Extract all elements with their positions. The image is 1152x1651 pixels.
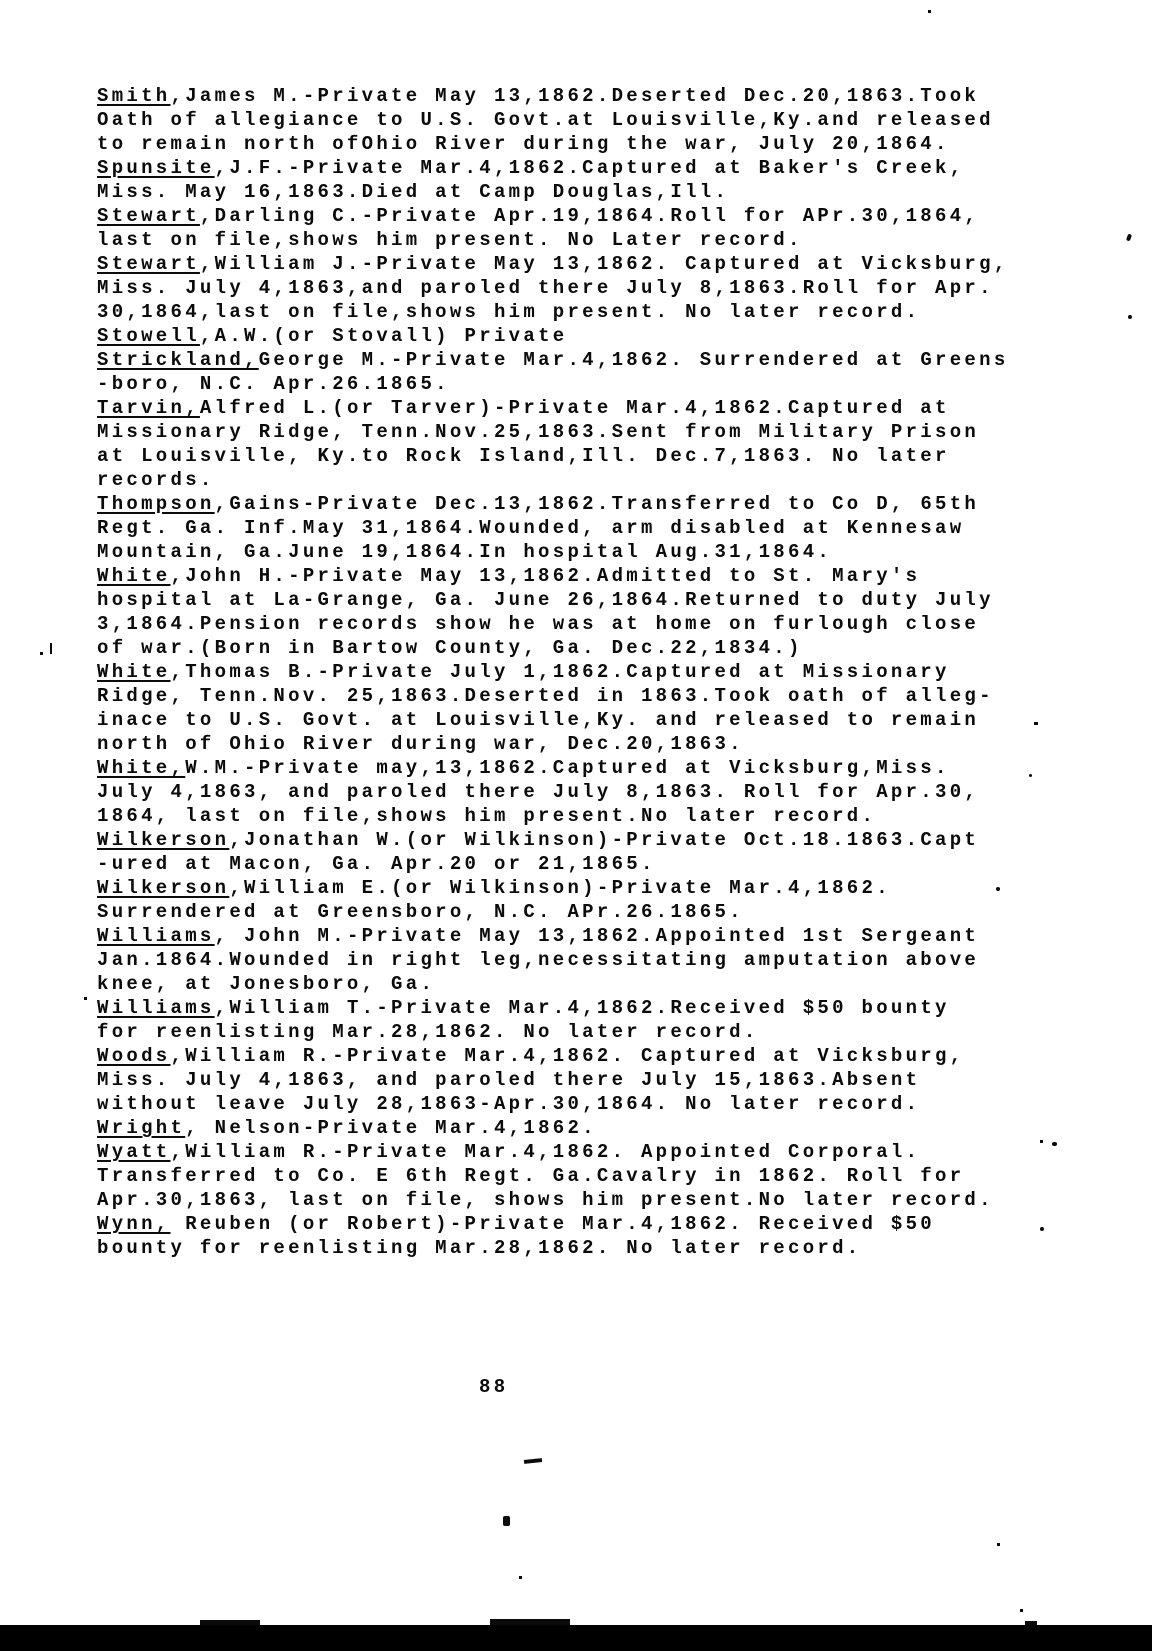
record-line: White,Thomas B.-Private July 1,1862.Capt… [97, 660, 1009, 684]
record-line: Stewart,Darling C.-Private Apr.19,1864.R… [97, 204, 1009, 228]
scan-speck [1040, 1140, 1043, 1143]
record-line: north of Ohio River during war, Dec.20,1… [97, 732, 1009, 756]
record-line: -boro, N.C. Apr.26.1865. [97, 372, 1009, 396]
record-line: Woods,William R.-Private Mar.4,1862. Cap… [97, 1044, 1009, 1068]
record-text: George M.-Private Mar.4,1862. Surrendere… [259, 349, 1009, 371]
record-text: ,William J.-Private May 13,1862. Capture… [200, 253, 1009, 275]
surname-underlined: Stewart [97, 253, 200, 275]
surname-underlined: White [97, 661, 171, 683]
record-text: -boro, N.C. Apr.26.1865. [97, 373, 450, 395]
record-text: north of Ohio River during war, Dec.20,1… [97, 733, 744, 755]
surname-underlined: Woods [97, 1045, 171, 1067]
record-text: , Nelson-Private Mar.4,1862. [185, 1117, 597, 1139]
record-line: Mountain, Ga.June 19,1864.In hospital Au… [97, 540, 1009, 564]
page-number: 88 [479, 1376, 508, 1398]
record-text: Apr.30,1863, last on file, shows him pre… [97, 1189, 994, 1211]
surname-underlined: Wynn, [97, 1213, 171, 1235]
record-text: last on file,shows him present. No Later… [97, 229, 803, 251]
scan-speck [1128, 315, 1132, 319]
record-line: Wynn, Reuben (or Robert)-Private Mar.4,1… [97, 1212, 1009, 1236]
record-line: Smith,James M.-Private May 13,1862.Deser… [97, 84, 1009, 108]
record-text: Oath of allegiance to U.S. Govt.at Louis… [97, 109, 994, 131]
record-text: 3,1864.Pension records show he was at ho… [97, 613, 979, 635]
scan-speck [519, 1576, 522, 1579]
record-line: Strickland,George M.-Private Mar.4,1862.… [97, 348, 1009, 372]
surname-underlined: White [97, 565, 171, 587]
record-line: Spunsite,J.F.-Private Mar.4,1862.Capture… [97, 156, 1009, 180]
scan-speck [1020, 1609, 1023, 1612]
record-line: Oath of allegiance to U.S. Govt.at Louis… [97, 108, 1009, 132]
record-text: Ridge, Tenn.Nov. 25,1863.Deserted in 186… [97, 685, 994, 707]
record-text: ,Darling C.-Private Apr.19,1864.Roll for… [200, 205, 979, 227]
record-line: for reenlisting Mar.28,1862. No later re… [97, 1020, 1009, 1044]
record-line: records. [97, 468, 1009, 492]
record-text: ,J.F.-Private Mar.4,1862.Captured at Bak… [215, 157, 965, 179]
record-line: last on file,shows him present. No Later… [97, 228, 1009, 252]
scan-dash [524, 1458, 542, 1464]
record-line: Stowell,A.W.(or Stovall) Private [97, 324, 1009, 348]
scan-speck [1029, 774, 1032, 777]
record-line: Apr.30,1863, last on file, shows him pre… [97, 1188, 1009, 1212]
record-text: , John M.-Private May 13,1862.Appointed … [215, 925, 980, 947]
surname-underlined: Wright [97, 1117, 185, 1139]
record-line: knee, at Jonesboro, Ga. [97, 972, 1009, 996]
record-text: Regt. Ga. Inf.May 31,1864.Wounded, arm d… [97, 517, 964, 539]
record-text: Reuben (or Robert)-Private Mar.4,1862. R… [171, 1213, 936, 1235]
record-text: Miss. May 16,1863.Died at Camp Douglas,I… [97, 181, 729, 203]
surname-underlined: Wilkerson [97, 877, 229, 899]
record-text: of war.(Born in Bartow County, Ga. Dec.2… [97, 637, 803, 659]
record-line: Miss. July 4,1863,and paroled there July… [97, 276, 1009, 300]
record-text: -ured at Macon, Ga. Apr.20 or 21,1865. [97, 853, 656, 875]
surname-underlined: Williams [97, 925, 215, 947]
record-text: Alfred L.(or Tarver)-Private Mar.4,1862.… [200, 397, 950, 419]
record-line: Williams,William T.-Private Mar.4,1862.R… [97, 996, 1009, 1020]
record-text: July 4,1863, and paroled there July 8,18… [97, 781, 979, 803]
text-block: Smith,James M.-Private May 13,1862.Deser… [97, 84, 1009, 1260]
record-line: Surrendered at Greensboro, N.C. APr.26.1… [97, 900, 1009, 924]
record-line: of war.(Born in Bartow County, Ga. Dec.2… [97, 636, 1009, 660]
scan-speck [84, 997, 87, 1000]
record-text: Surrendered at Greensboro, N.C. APr.26.1… [97, 901, 744, 923]
record-line: Miss. May 16,1863.Died at Camp Douglas,I… [97, 180, 1009, 204]
surname-underlined: Wyatt [97, 1141, 171, 1163]
record-text: W.M.-Private may,13,1862.Captured at Vic… [185, 757, 950, 779]
record-text: ,William E.(or Wilkinson)-Private Mar.4,… [229, 877, 891, 899]
record-text: ,Jonathan W.(or Wilkinson)-Private Oct.1… [229, 829, 979, 851]
surname-underlined: Strickland, [97, 349, 259, 371]
record-text: ,James M.-Private May 13,1862.Deserted D… [171, 85, 980, 107]
record-text: ,William R.-Private Mar.4,1862. Appointe… [171, 1141, 921, 1163]
record-line: 30,1864,last on file,shows him present. … [97, 300, 1009, 324]
record-line: Jan.1864.Wounded in right leg,necessitat… [97, 948, 1009, 972]
record-line: to remain north ofOhio River during the … [97, 132, 1009, 156]
record-line: Missionary Ridge, Tenn.Nov.25,1863.Sent … [97, 420, 1009, 444]
record-text: Jan.1864.Wounded in right leg,necessitat… [97, 949, 979, 971]
record-text: Missionary Ridge, Tenn.Nov.25,1863.Sent … [97, 421, 979, 443]
record-line: Thompson,Gains-Private Dec.13,1862.Trans… [97, 492, 1009, 516]
surname-underlined: Stowell [97, 325, 200, 347]
scan-speck [1052, 1142, 1057, 1146]
record-text: bounty for reenlisting Mar.28,1862. No l… [97, 1237, 862, 1259]
record-text: ,A.W.(or Stovall) Private [200, 325, 568, 347]
surname-underlined: Tarvin, [97, 397, 200, 419]
record-text: 1864, last on file,shows him present.No … [97, 805, 876, 827]
record-text: ,William R.-Private Mar.4,1862. Captured… [171, 1045, 965, 1067]
surname-underlined: Stewart [97, 205, 200, 227]
record-line: Tarvin,Alfred L.(or Tarver)-Private Mar.… [97, 396, 1009, 420]
scan-speck [1126, 234, 1132, 242]
record-text: at Louisville, Ky.to Rock Island,Ill. De… [97, 445, 950, 467]
scan-speck [928, 10, 931, 13]
document-page: Smith,James M.-Private May 13,1862.Deser… [0, 0, 1152, 1651]
record-line: Miss. July 4,1863, and paroled there Jul… [97, 1068, 1009, 1092]
scan-speck [1040, 1227, 1044, 1231]
record-line: Wilkerson,William E.(or Wilkinson)-Priva… [97, 876, 1009, 900]
surname-underlined: Thompson [97, 493, 215, 515]
surname-underlined: Williams [97, 997, 215, 1019]
record-text: Transferred to Co. E 6th Regt. Ga.Cavalr… [97, 1165, 964, 1187]
record-text: hospital at La-Grange, Ga. June 26,1864.… [97, 589, 994, 611]
scanner-edge-bar [0, 1625, 1152, 1651]
record-line: Transferred to Co. E 6th Regt. Ga.Cavalr… [97, 1164, 1009, 1188]
surname-underlined: White, [97, 757, 185, 779]
scan-speck [1034, 722, 1038, 725]
record-line: White,John H.-Private May 13,1862.Admitt… [97, 564, 1009, 588]
record-text: knee, at Jonesboro, Ga. [97, 973, 435, 995]
record-text: 30,1864,last on file,shows him present. … [97, 301, 920, 323]
scan-speck [40, 652, 43, 655]
record-line: Regt. Ga. Inf.May 31,1864.Wounded, arm d… [97, 516, 1009, 540]
record-text: to remain north ofOhio River during the … [97, 133, 950, 155]
record-text: Mountain, Ga.June 19,1864.In hospital Au… [97, 541, 832, 563]
record-line: bounty for reenlisting Mar.28,1862. No l… [97, 1236, 1009, 1260]
record-line: July 4,1863, and paroled there July 8,18… [97, 780, 1009, 804]
record-line: inace to U.S. Govt. at Louisville,Ky. an… [97, 708, 1009, 732]
record-text: ,Thomas B.-Private July 1,1862.Captured … [171, 661, 950, 683]
record-line: Wright, Nelson-Private Mar.4,1862. [97, 1116, 1009, 1140]
record-line: 1864, last on file,shows him present.No … [97, 804, 1009, 828]
record-text: inace to U.S. Govt. at Louisville,Ky. an… [97, 709, 979, 731]
scan-speck [50, 643, 52, 654]
record-text: ,John H.-Private May 13,1862.Admitted to… [171, 565, 921, 587]
record-line: -ured at Macon, Ga. Apr.20 or 21,1865. [97, 852, 1009, 876]
record-line: hospital at La-Grange, Ga. June 26,1864.… [97, 588, 1009, 612]
record-text: ,Gains-Private Dec.13,1862.Transferred t… [215, 493, 980, 515]
record-line: Ridge, Tenn.Nov. 25,1863.Deserted in 186… [97, 684, 1009, 708]
record-line: Stewart,William J.-Private May 13,1862. … [97, 252, 1009, 276]
record-text: Miss. July 4,1863,and paroled there July… [97, 277, 994, 299]
surname-underlined: Smith [97, 85, 171, 107]
scan-speck [503, 1516, 510, 1526]
scan-speck [996, 887, 1000, 891]
record-line: at Louisville, Ky.to Rock Island,Ill. De… [97, 444, 1009, 468]
record-text: ,William T.-Private Mar.4,1862.Received … [215, 997, 950, 1019]
record-line: 3,1864.Pension records show he was at ho… [97, 612, 1009, 636]
record-line: Wilkerson,Jonathan W.(or Wilkinson)-Priv… [97, 828, 1009, 852]
record-line: Williams, John M.-Private May 13,1862.Ap… [97, 924, 1009, 948]
record-line: White,W.M.-Private may,13,1862.Captured … [97, 756, 1009, 780]
record-text: without leave July 28,1863-Apr.30,1864. … [97, 1093, 920, 1115]
record-line: without leave July 28,1863-Apr.30,1864. … [97, 1092, 1009, 1116]
record-text: records. [97, 469, 215, 491]
record-text: for reenlisting Mar.28,1862. No later re… [97, 1021, 759, 1043]
record-line: Wyatt,William R.-Private Mar.4,1862. App… [97, 1140, 1009, 1164]
record-text: Miss. July 4,1863, and paroled there Jul… [97, 1069, 920, 1091]
surname-underlined: Wilkerson [97, 829, 229, 851]
surname-underlined: Spunsite [97, 157, 215, 179]
scan-speck [997, 1543, 1000, 1546]
